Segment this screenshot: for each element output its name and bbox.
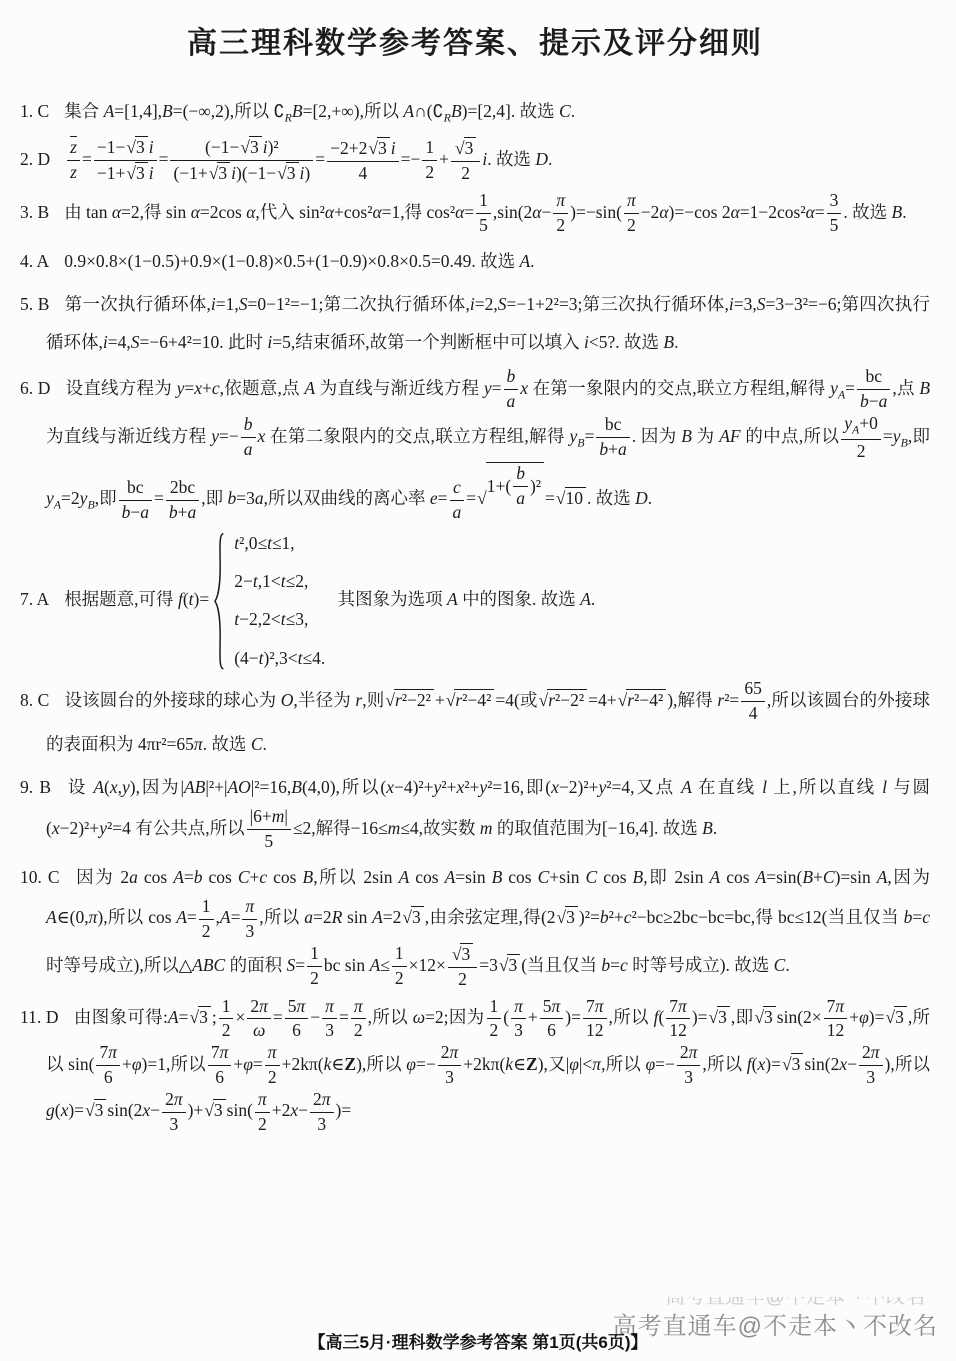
- fraction: bcb+a: [596, 414, 629, 461]
- answer-sheet-page: 高三理科数学参考答案、提示及评分细则 1. C集合 A=[1,4],B=(−∞,…: [0, 0, 956, 1361]
- fraction: ba: [504, 366, 519, 413]
- fraction: π3: [322, 996, 337, 1043]
- answer-item: 5. B第一次执行循环体,i=1,S=0−1²=−1;第二次执行循环体,i=2,…: [20, 285, 930, 361]
- case-line: t²,0≤t≤1,: [234, 531, 325, 556]
- sqrt-radical: √1+(ba)²: [477, 462, 544, 510]
- sqrt-radical: √3: [782, 1053, 803, 1076]
- fraction: π2: [624, 190, 639, 237]
- fraction: √32: [451, 137, 480, 185]
- fraction: ba: [241, 414, 256, 461]
- watermark-ghost: 高考直通车@不走本丶不改名: [666, 1282, 926, 1309]
- fraction: 35: [827, 190, 842, 237]
- sqrt-radical: √3: [126, 136, 147, 159]
- fraction: yA+02: [841, 413, 881, 462]
- fraction: 7π12: [583, 996, 607, 1043]
- sqrt-radical: √r²−4²: [446, 689, 495, 712]
- answer-item: 6. D设直线方程为 y=x+c,依题意,点 A 为直线与渐近线方程 y=bax…: [20, 366, 930, 523]
- fraction: 2π3: [438, 1042, 462, 1089]
- fraction: 15: [476, 190, 491, 237]
- answer-text: 第一次执行循环体,i=1,S=0−1²=−1;第二次执行循环体,i=2,S=−1…: [46, 294, 930, 352]
- answer-number: 11. D: [20, 1007, 74, 1027]
- sqrt-radical: √3: [204, 1099, 225, 1122]
- answer-text: 0.9×0.8×(1−0.5)+0.9×(1−0.8)×0.5+(1−0.9)×…: [64, 251, 534, 271]
- answer-number: 5. B: [20, 294, 64, 314]
- case-line: 2−t,1<t≤2,: [234, 569, 325, 594]
- sqrt-radical: √3: [402, 906, 423, 929]
- sqrt-radical: √3: [455, 137, 476, 160]
- answer-text: 因为 2a cos A=b cos C+c cos B,所以 2sin A co…: [46, 867, 930, 975]
- fraction: 7π6: [96, 1042, 120, 1089]
- fraction: ca: [450, 477, 465, 524]
- answer-item: 8. C设该圆台的外接球的球心为 O,半径为 r,则√r²−2²+√r²−4²=…: [20, 678, 930, 763]
- fraction: 12: [487, 996, 502, 1043]
- answer-number: 4. A: [20, 251, 64, 271]
- answer-text: 集合 A=[1,4],B=(−∞,2),所以 ∁RB=[2,+∞),所以 A∩(…: [64, 101, 575, 121]
- sqrt-radical: √3: [190, 1006, 211, 1029]
- sqrt-radical: √3: [277, 162, 298, 185]
- fraction: 2π3: [162, 1089, 186, 1136]
- page-footer: 【高三5月·理科数学参考答案 第1页(共6页)】: [0, 1328, 956, 1353]
- sqrt-radical: √3: [240, 136, 261, 159]
- sqrt-radical: √3: [754, 1006, 775, 1029]
- fraction: 5π6: [285, 996, 309, 1043]
- answer-text: 根据题意,可得 f(t)=t²,0≤t≤1,2−t,1<t≤2,t−2,2<t≤…: [64, 589, 595, 609]
- case-line: (4−t)²,3<t≤4.: [234, 646, 325, 671]
- sqrt-radical: √r²−4²: [618, 689, 667, 712]
- fraction: ba: [513, 463, 528, 510]
- answer-item: 3. B由 tan α=2,得 sin α=2cos α,代入 sin²α+co…: [20, 190, 930, 237]
- answer-text: 设直线方程为 y=x+c,依题意,点 A 为直线与渐近线方程 y=bax 在第一…: [46, 378, 930, 508]
- fraction: 12: [392, 943, 407, 990]
- answer-text: 设 A(x,y),因为|AB|²+|AO|²=16,B(4,0),所以(x−4)…: [46, 777, 930, 838]
- answer-text: 设该圆台的外接球的球心为 O,半径为 r,则√r²−2²+√r²−4²=4(或√…: [46, 690, 930, 754]
- answer-item: 1. C集合 A=[1,4],B=(−∞,2),所以 ∁RB=[2,+∞),所以…: [20, 92, 930, 131]
- answer-item: 7. A根据题意,可得 f(t)=t²,0≤t≤1,2−t,1<t≤2,t−2,…: [20, 529, 930, 674]
- fraction: π2: [553, 190, 568, 237]
- sqrt-radical: √3: [557, 906, 578, 929]
- fraction: 12: [307, 943, 322, 990]
- fraction: zz: [67, 137, 80, 184]
- fraction: 2π3: [310, 1089, 334, 1136]
- answer-number: 10. C: [20, 867, 75, 887]
- fraction: 12: [199, 896, 214, 943]
- sqrt-radical: √3: [452, 943, 473, 966]
- answer-number: 9. B: [20, 777, 66, 797]
- fraction: (−1−√3i)²(−1+√3i)(−1−√3i): [170, 136, 313, 185]
- fraction: 654: [741, 678, 765, 725]
- fraction: 12: [219, 996, 234, 1043]
- fraction: π3: [242, 896, 257, 943]
- sqrt-radical: √3: [126, 162, 147, 185]
- sqrt-radical: √3: [709, 1006, 730, 1029]
- fraction: π2: [351, 996, 366, 1043]
- fraction: √32: [448, 943, 477, 991]
- answer-item: 10. C因为 2a cos A=b cos C+c cos B,所以 2sin…: [20, 858, 930, 991]
- sqrt-radical: √3: [85, 1099, 106, 1122]
- answer-number: 3. B: [20, 202, 64, 222]
- page-title: 高三理科数学参考答案、提示及评分细则: [20, 18, 930, 62]
- answer-item: 9. B设 A(x,y),因为|AB|²+|AO|²=16,B(4,0),所以(…: [20, 768, 930, 853]
- answer-number: 1. C: [20, 101, 64, 121]
- answer-text: zz=−1−√3i−1+√3i=(−1−√3i)²(−1+√3i)(−1−√3i…: [65, 149, 552, 169]
- fraction: 2bcb+a: [166, 477, 199, 524]
- case-line: t−2,2<t≤3,: [234, 607, 325, 632]
- fraction: |6+m|5: [247, 806, 291, 853]
- sqrt-radical: √3: [499, 954, 520, 977]
- piecewise-cases: t²,0≤t≤1,2−t,1<t≤2,t−2,2<t≤3,(4−t)²,3<t≤…: [213, 531, 325, 672]
- answer-number: 2. D: [20, 149, 65, 169]
- answer-number: 7. A: [20, 589, 64, 609]
- fraction: π2: [255, 1089, 270, 1136]
- sqrt-radical: √r²−2²: [539, 689, 588, 712]
- fraction: −2+2√3i4: [327, 137, 398, 185]
- fraction: 2πω: [247, 996, 271, 1043]
- sqrt-radical: √3: [885, 1006, 906, 1029]
- sqrt-radical: √10: [556, 487, 586, 510]
- answer-text: 由 tan α=2,得 sin α=2cos α,代入 sin²α+cos²α=…: [64, 202, 906, 222]
- fraction: 7π6: [208, 1042, 232, 1089]
- fraction: −1−√3i−1+√3i: [94, 136, 157, 185]
- fraction: 7π12: [824, 996, 848, 1043]
- answer-number: 6. D: [20, 378, 65, 398]
- fraction: 7π12: [666, 996, 690, 1043]
- answer-text: 由图象可得:A=√3;12×2πω=5π6−π3=π2,所以 ω=2;因为12(…: [46, 1007, 930, 1121]
- answer-item: 11. D由图象可得:A=√3;12×2πω=5π6−π3=π2,所以 ω=2;…: [20, 996, 930, 1136]
- curly-brace-icon: [213, 531, 226, 672]
- fraction: 2π3: [677, 1042, 701, 1089]
- fraction: bcb−a: [119, 477, 152, 524]
- fraction: 12: [422, 137, 437, 184]
- sqrt-radical: √3: [368, 137, 389, 160]
- fraction: π2: [265, 1042, 280, 1089]
- fraction: π3: [511, 996, 526, 1043]
- sqrt-radical: √3: [209, 162, 230, 185]
- fraction: 2π3: [859, 1042, 883, 1089]
- answer-item: 4. A0.9×0.8×(1−0.5)+0.9×(1−0.8)×0.5+(1−0…: [20, 242, 930, 280]
- sqrt-radical: √r²−2²: [385, 689, 434, 712]
- fraction: bcb−a: [857, 366, 890, 413]
- fraction: 5π6: [540, 996, 564, 1043]
- answers-list: 1. C集合 A=[1,4],B=(−∞,2),所以 ∁RB=[2,+∞),所以…: [20, 92, 930, 1136]
- answer-number: 8. C: [20, 690, 64, 710]
- answer-item: 2. Dzz=−1−√3i−1+√3i=(−1−√3i)²(−1+√3i)(−1…: [20, 136, 930, 185]
